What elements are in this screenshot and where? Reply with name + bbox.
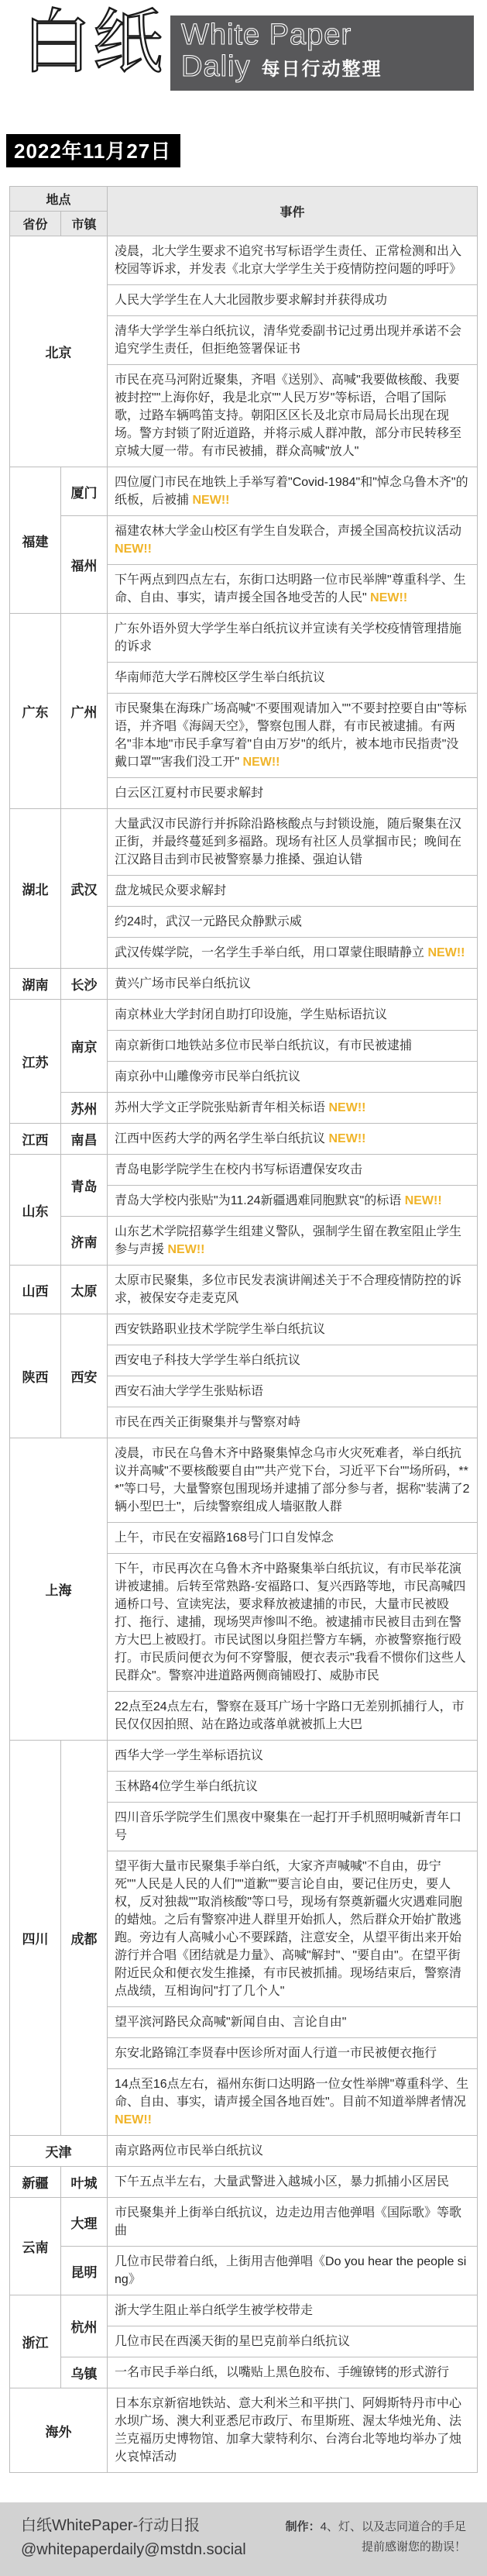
city-cell: 济南 [61, 1217, 108, 1266]
new-badge: NEW!! [328, 1101, 365, 1114]
event-text: 南京新街口地铁站多位市民举白纸抗议，有市民被逮捕 [115, 1039, 412, 1052]
event-text: 青岛电影学院学生在校内书写标语遭保安攻击 [115, 1163, 362, 1176]
table-row: 昆明几位市民带着白纸，上街用吉他弹唱《Do you hear the peopl… [10, 2247, 478, 2295]
event-cell: 四川音乐学院学生们黑夜中聚集在一起打开手机照明喊新青年口号 [108, 1803, 478, 1851]
event-text: 白云区江夏村市民要求解封 [115, 787, 263, 800]
event-cell: 青岛大学校内张贴"为11.24新疆遇难同胞默哀"的标语 NEW!! [108, 1186, 478, 1217]
event-cell: 西安铁路职业技术学院学生举白纸抗议 [108, 1314, 478, 1345]
event-cell: 青岛电影学院学生在校内书写标语遭保安攻击 [108, 1155, 478, 1186]
new-badge: NEW!! [370, 591, 407, 604]
event-text: 上午，市民在安福路168号门口自发悼念 [115, 1531, 334, 1545]
province-cell: 上海 [10, 1438, 108, 1741]
event-cell: 望平滨河路民众高喊"新闻自由、言论自由" [108, 2007, 478, 2038]
event-cell: 一名市民手举白纸，以嘴贴上黑色胶布、手缠镣铐的形式游行 [108, 2357, 478, 2388]
event-text: 南京路两位市民举白纸抗议 [115, 2144, 263, 2158]
new-badge: NEW!! [192, 494, 229, 507]
event-text: 望平滨河路民众高喊"新闻自由、言论自由" [115, 2016, 346, 2029]
table-row: 福州福建农林大学金山校区有学生自发联合，声援全国高校抗议活动 NEW!! [10, 516, 478, 565]
header-row-location: 地点 事件 [10, 187, 478, 212]
event-cell: 望平街大量市民聚集手举白纸，大家齐声喊喊"不自由，毋宁死""人民是人民的人们""… [108, 1851, 478, 2007]
event-text: 广东外语外贸大学学生举白纸抗议并宣读有关学校疫情管理措施的诉求 [115, 622, 461, 653]
city-cell: 厦门 [61, 467, 108, 516]
table-row: 湖北武汉大量武汉市民游行并拆除沿路核酸点与封锁设施，随后聚集在汉正街，并最终蔓延… [10, 809, 478, 876]
event-cell: 下午两点到四点左右，东街口达明路一位市民举牌"尊重科学、生命、自由、事实，请声援… [108, 565, 478, 614]
event-text: 22点至24点左右，警察在聂耳广场十字路口无差别抓捕行人，市民仅仅因拍照、站在路… [115, 1700, 465, 1731]
event-cell: 22点至24点左右，警察在聂耳广场十字路口无差别抓捕行人，市民仅仅因拍照、站在路… [108, 1692, 478, 1741]
footer-title: 白纸WhitePaper-行动日报 [21, 2514, 246, 2538]
event-cell: 江西中医药大学的两名学生举白纸抗议 NEW!! [108, 1124, 478, 1155]
event-text: 凌晨，市民在乌鲁木齐中路聚集悼念乌市火灾死难者，举白纸抗议并高喊"不要核酸要自由… [115, 1447, 470, 1514]
province-cell: 山东 [10, 1155, 61, 1266]
event-cell: 大量武汉市民游行并拆除沿路核酸点与封锁设施，随后聚集在汉正街，并最终蔓延到多福路… [108, 809, 478, 876]
logo-en-line1: White Paper [181, 19, 463, 51]
event-cell: 人民大学学生在人大北园散步要求解封并获得成功 [108, 285, 478, 316]
event-cell: 凌晨，市民在乌鲁木齐中路聚集悼念乌市火灾死难者，举白纸抗议并高喊"不要核酸要自由… [108, 1438, 478, 1523]
event-text: 望平街大量市民聚集手举白纸，大家齐声喊喊"不自由，毋宁死""人民是人民的人们""… [115, 1860, 462, 1998]
city-cell: 南京 [61, 1000, 108, 1093]
event-text: 太原市民聚集，多位市民发表演讲阐述关于不合理疫情防控的诉求，被保安夺走麦克风 [115, 1274, 461, 1305]
event-cell: 下午五点半左右，大量武警进入越城小区，暴力抓捕小区居民 [108, 2167, 478, 2198]
event-cell: 市民在西关正街聚集并与警察对峙 [108, 1407, 478, 1438]
event-cell: 市民聚集并上街举白纸抗议，边走边用吉他弹唱《国际歌》等歌曲 [108, 2198, 478, 2247]
province-cell: 云南 [10, 2198, 61, 2295]
event-text: 一名市民手举白纸，以嘴贴上黑色胶布、手缠镣铐的形式游行 [115, 2366, 449, 2379]
event-cell: 凌晨，北大学生要求不追究书写标语学生责任、正常检测和出入校园等诉求，并发表《北京… [108, 236, 478, 285]
event-text: 市民聚集并上街举白纸抗议，边走边用吉他弹唱《国际歌》等歌曲 [115, 2206, 461, 2237]
table-row: 浙江杭州浙大学生阻止举白纸学生被学校带走 [10, 2295, 478, 2326]
new-badge: NEW!! [243, 756, 280, 769]
event-cell: 山东艺术学院招募学生组建义警队，强制学生留在教室阻止学生参与声援 NEW!! [108, 1217, 478, 1266]
table-row: 济南山东艺术学院招募学生组建义警队，强制学生留在教室阻止学生参与声援 NEW!! [10, 1217, 478, 1266]
table-row: 山东青岛青岛电影学院学生在校内书写标语遭保安攻击 [10, 1155, 478, 1186]
event-text: 浙大学生阻止举白纸学生被学校带走 [115, 2304, 313, 2317]
province-cell: 湖北 [10, 809, 61, 969]
province-cell: 北京 [10, 236, 108, 467]
page: 白纸 White Paper Daliy 每日行动整理 2022年11月27日 … [0, 0, 487, 2576]
event-cell: 福建农林大学金山校区有学生自发联合，声援全国高校抗议活动 NEW!! [108, 516, 478, 565]
event-cell: 下午，市民再次在乌鲁木齐中路聚集举白纸抗议，有市民举花演讲被逮捕。后转至常熟路-… [108, 1554, 478, 1692]
event-cell: 四位厦门市民在地铁上手举写着"Covid-1984"和"悼念乌鲁木齐"的纸板，后… [108, 467, 478, 516]
table-row: 陕西西安西安铁路职业技术学院学生举白纸抗议 [10, 1314, 478, 1345]
event-cell: 南京路两位市民举白纸抗议 [108, 2136, 478, 2167]
event-text: 市民在亮马河附近聚集，齐唱《送别》、高喊"我要做核酸、我要被封控""上海你好，我… [115, 374, 461, 458]
table-row: 福建厦门四位厦门市民在地铁上手举写着"Covid-1984"和"悼念乌鲁木齐"的… [10, 467, 478, 516]
event-text: 江西中医药大学的两名学生举白纸抗议 [115, 1132, 325, 1145]
province-cell: 海外 [10, 2388, 108, 2473]
event-text: 福建农林大学金山校区有学生自发联合，声援全国高校抗议活动 [115, 525, 461, 538]
events-tbody: 北京凌晨，北大学生要求不追究书写标语学生责任、正常检测和出入校园等诉求，并发表《… [10, 236, 478, 2473]
event-text: 西安电子科技大学学生举白纸抗议 [115, 1354, 300, 1367]
new-badge: NEW!! [167, 1243, 204, 1256]
event-cell: 苏州大学文正学院张贴新青年相关标语 NEW!! [108, 1093, 478, 1124]
city-cell: 昆明 [61, 2247, 108, 2295]
footer: 白纸WhitePaper-行动日报 @whitepaperdaily@mstdn… [0, 2502, 487, 2576]
event-cell: 玉林路4位学生举白纸抗议 [108, 1772, 478, 1803]
event-text: 黄兴广场市民举白纸抗议 [115, 977, 251, 990]
event-cell: 上午，市民在安福路168号门口自发悼念 [108, 1523, 478, 1554]
city-cell: 乌镇 [61, 2357, 108, 2388]
event-text: 南京孙中山雕像旁市民举白纸抗议 [115, 1070, 300, 1083]
logo-en-line2: Daliy [181, 51, 250, 83]
table-row: 湖南长沙黄兴广场市民举白纸抗议 [10, 969, 478, 1000]
event-text: 下午两点到四点左右，东街口达明路一位市民举牌"尊重科学、生命、自由、事实，请声援… [115, 573, 466, 604]
event-cell: 市民在亮马河附近聚集，齐唱《送别》、高喊"我要做核酸、我要被封控""上海你好，我… [108, 365, 478, 467]
event-text: 武汉传媒学院，一名学生手举白纸，用口罩蒙住眼睛静立 [115, 946, 424, 959]
logo-subtitle: 每日行动整理 [261, 53, 382, 81]
new-badge: NEW!! [328, 1132, 365, 1145]
event-cell: 浙大学生阻止举白纸学生被学校带走 [108, 2295, 478, 2326]
footer-credit-line: 制作：4、灯、以及志同道合的手足 [286, 2517, 466, 2537]
province-cell: 湖南 [10, 969, 61, 1000]
table-row: 北京凌晨，北大学生要求不追究书写标语学生责任、正常检测和出入校园等诉求，并发表《… [10, 236, 478, 285]
event-cell: 几位市民带着白纸，上街用吉他弹唱《Do you hear the people … [108, 2247, 478, 2295]
logo-whitepaper-cn: 白纸 [22, 6, 164, 80]
event-cell: 华南师范大学石牌校区学生举白纸抗议 [108, 663, 478, 694]
event-text: 下午，市民再次在乌鲁木齐中路聚集举白纸抗议，有市民举花演讲被逮捕。后转至常熟路-… [115, 1562, 466, 1682]
table-row: 苏州苏州大学文正学院张贴新青年相关标语 NEW!! [10, 1093, 478, 1124]
event-text: 四位厦门市民在地铁上手举写着"Covid-1984"和"悼念乌鲁木齐"的纸板，后… [115, 476, 468, 507]
event-cell: 盘龙城民众要求解封 [108, 876, 478, 907]
province-cell: 江苏 [10, 1000, 61, 1124]
province-cell: 陕西 [10, 1314, 61, 1438]
city-cell: 武汉 [61, 809, 108, 969]
footer-credit-label: 制作： [286, 2520, 321, 2533]
event-text: 西安石油大学学生张贴标语 [115, 1385, 263, 1398]
event-text: 东安北路锦江李贤春中医诊所对面人行道一市民被便衣拖行 [115, 2047, 437, 2060]
table-header: 地点 事件 省份 市镇 [10, 187, 478, 236]
province-cell: 四川 [10, 1741, 61, 2136]
event-text: 四川音乐学院学生们黑夜中聚集在一起打开手机照明喊新青年口号 [115, 1811, 461, 1842]
footer-publication: 白纸WhitePaper-行动日报 @whitepaperdaily@mstdn… [21, 2514, 246, 2562]
city-cell: 长沙 [61, 969, 108, 1000]
table-row: 四川成都西华大学一学生举标语抗议 [10, 1741, 478, 1772]
event-text: 下午五点半左右，大量武警进入越城小区，暴力抓捕小区居民 [115, 2175, 449, 2189]
event-text: 清华大学学生举白纸抗议，清华党委副书记过勇出现并承诺不会追究学生责任，但拒绝签署… [115, 325, 461, 356]
new-badge: NEW!! [405, 1194, 442, 1207]
province-cell: 新疆 [10, 2167, 61, 2198]
city-cell: 青岛 [61, 1155, 108, 1217]
event-cell: 清华大学学生举白纸抗议，清华党委副书记过勇出现并承诺不会追究学生责任，但拒绝签署… [108, 316, 478, 365]
table-row: 天津南京路两位市民举白纸抗议 [10, 2136, 478, 2167]
event-cell: 东安北路锦江李贤春中医诊所对面人行道一市民被便衣拖行 [108, 2038, 478, 2069]
event-text: 大量武汉市民游行并拆除沿路核酸点与封锁设施，随后聚集在汉正街，并最终蔓延到多福路… [115, 818, 461, 866]
city-cell: 福州 [61, 516, 108, 614]
new-badge: NEW!! [427, 946, 465, 959]
events-table: 地点 事件 省份 市镇 北京凌晨，北大学生要求不追究书写标语学生责任、正常检测和… [9, 186, 478, 2473]
event-text: 苏州大学文正学院张贴新青年相关标语 [115, 1101, 325, 1114]
footer-credits: 制作：4、灯、以及志同道合的手足 提前感谢您的勘误！ [286, 2514, 466, 2557]
city-cell: 太原 [61, 1266, 108, 1314]
event-text: 市民在西关正街聚集并与警察对峙 [115, 1416, 300, 1429]
date-badge: 2022年11月27日 [6, 134, 180, 167]
province-cell: 江西 [10, 1124, 61, 1155]
table-row: 海外日本东京新宿地铁站、意大利米兰和平拱门、阿姆斯特丹市中心水坝广场、澳大利亚悉… [10, 2388, 478, 2473]
event-cell: 西华大学一学生举标语抗议 [108, 1741, 478, 1772]
table-row: 江苏南京南京林业大学封闭自助打印设施，学生贴标语抗议 [10, 1000, 478, 1031]
event-text: 西华大学一学生举标语抗议 [115, 1749, 263, 1762]
col-header-city: 市镇 [61, 212, 108, 236]
event-cell: 约24时，武汉一元路民众静默示威 [108, 907, 478, 938]
province-cell: 天津 [10, 2136, 108, 2167]
province-cell: 广东 [10, 614, 61, 809]
event-text: 约24时，武汉一元路民众静默示威 [115, 915, 302, 928]
event-text: 14点至16点左右，福州东街口达明路一位女性举牌"尊重科学、生命、自由、事实，请… [115, 2078, 468, 2109]
city-cell: 苏州 [61, 1093, 108, 1124]
event-cell: 南京林业大学封闭自助打印设施，学生贴标语抗议 [108, 1000, 478, 1031]
province-cell: 山西 [10, 1266, 61, 1314]
event-cell: 武汉传媒学院，一名学生手举白纸，用口罩蒙住眼睛静立 NEW!! [108, 938, 478, 969]
event-text: 日本东京新宿地铁站、意大利米兰和平拱门、阿姆斯特丹市中心水坝广场、澳大利亚悉尼市… [115, 2397, 461, 2464]
event-cell: 西安电子科技大学学生举白纸抗议 [108, 1345, 478, 1376]
event-cell: 白云区江夏村市民要求解封 [108, 778, 478, 809]
footer-credit-names: 4、灯、以及志同道合的手足 [321, 2520, 466, 2533]
city-cell: 杭州 [61, 2295, 108, 2357]
table-row: 上海凌晨，市民在乌鲁木齐中路聚集悼念乌市火灾死难者，举白纸抗议并高喊"不要核酸要… [10, 1438, 478, 1523]
event-text: 华南师范大学石牌校区学生举白纸抗议 [115, 671, 325, 684]
table-row: 江西南昌江西中医药大学的两名学生举白纸抗议 NEW!! [10, 1124, 478, 1155]
event-cell: 南京孙中山雕像旁市民举白纸抗议 [108, 1062, 478, 1093]
event-text: 南京林业大学封闭自助打印设施，学生贴标语抗议 [115, 1008, 387, 1021]
city-cell: 南昌 [61, 1124, 108, 1155]
city-cell: 成都 [61, 1741, 108, 2136]
event-cell: 几位市民在西溪天街的星巴克前举白纸抗议 [108, 2326, 478, 2357]
event-text: 盘龙城民众要求解封 [115, 884, 226, 897]
event-cell: 广东外语外贸大学学生举白纸抗议并宣读有关学校疫情管理措施的诉求 [108, 614, 478, 663]
table-row: 云南大理市民聚集并上街举白纸抗议，边走边用吉他弹唱《国际歌》等歌曲 [10, 2198, 478, 2247]
col-header-event: 事件 [108, 187, 478, 236]
event-text: 人民大学学生在人大北园散步要求解封并获得成功 [115, 294, 387, 307]
logo-row2: Daliy 每日行动整理 [181, 51, 463, 83]
event-cell: 市民聚集在海珠广场高喊"不要围观请加入""不要封控要自由"等标语，并齐唱《海阔天… [108, 694, 478, 778]
event-text: 西安铁路职业技术学院学生举白纸抗议 [115, 1323, 325, 1336]
col-header-location: 地点 [10, 187, 108, 212]
event-text: 凌晨，北大学生要求不追究书写标语学生责任、正常检测和出入校园等诉求，并发表《北京… [115, 245, 461, 276]
province-cell: 福建 [10, 467, 61, 614]
event-cell: 太原市民聚集，多位市民发表演讲阐述关于不合理疫情防控的诉求，被保安夺走麦克风 [108, 1266, 478, 1314]
city-cell: 西安 [61, 1314, 108, 1438]
footer-thanks: 提前感谢您的勘误！ [286, 2537, 466, 2557]
city-cell: 叶城 [61, 2167, 108, 2198]
event-text: 几位市民带着白纸，上街用吉他弹唱《Do you hear the people … [115, 2255, 466, 2286]
col-header-province: 省份 [10, 212, 61, 236]
new-badge: NEW!! [115, 2113, 152, 2127]
event-cell: 日本东京新宿地铁站、意大利米兰和平拱门、阿姆斯特丹市中心水坝广场、澳大利亚悉尼市… [108, 2388, 478, 2473]
event-cell: 西安石油大学学生张贴标语 [108, 1376, 478, 1407]
table-row: 乌镇一名市民手举白纸，以嘴贴上黑色胶布、手缠镣铐的形式游行 [10, 2357, 478, 2388]
city-cell: 广州 [61, 614, 108, 809]
masthead: 白纸 White Paper Daliy 每日行动整理 [0, 0, 487, 91]
event-text: 市民聚集在海珠广场高喊"不要围观请加入""不要封控要自由"等标语，并齐唱《海阔天… [115, 702, 467, 769]
table-row: 新疆叶城下午五点半左右，大量武警进入越城小区，暴力抓捕小区居民 [10, 2167, 478, 2198]
city-cell: 大理 [61, 2198, 108, 2247]
new-badge: NEW!! [115, 542, 152, 556]
table-row: 山西太原太原市民聚集，多位市民发表演讲阐述关于不合理疫情防控的诉求，被保安夺走麦… [10, 1266, 478, 1314]
event-cell: 南京新街口地铁站多位市民举白纸抗议，有市民被逮捕 [108, 1031, 478, 1062]
event-cell: 黄兴广场市民举白纸抗议 [108, 969, 478, 1000]
logo-box: White Paper Daliy 每日行动整理 [170, 15, 474, 91]
province-cell: 浙江 [10, 2295, 61, 2388]
event-text: 几位市民在西溪天街的星巴克前举白纸抗议 [115, 2335, 350, 2348]
event-cell: 14点至16点左右，福州东街口达明路一位女性举牌"尊重科学、生命、自由、事实，请… [108, 2069, 478, 2136]
footer-handle: @whitepaperdaily@mstdn.social [21, 2538, 246, 2562]
event-text: 玉林路4位学生举白纸抗议 [115, 1780, 258, 1793]
table-row: 广东广州广东外语外贸大学学生举白纸抗议并宣读有关学校疫情管理措施的诉求 [10, 614, 478, 663]
event-text: 青岛大学校内张贴"为11.24新疆遇难同胞默哀"的标语 [115, 1194, 401, 1207]
